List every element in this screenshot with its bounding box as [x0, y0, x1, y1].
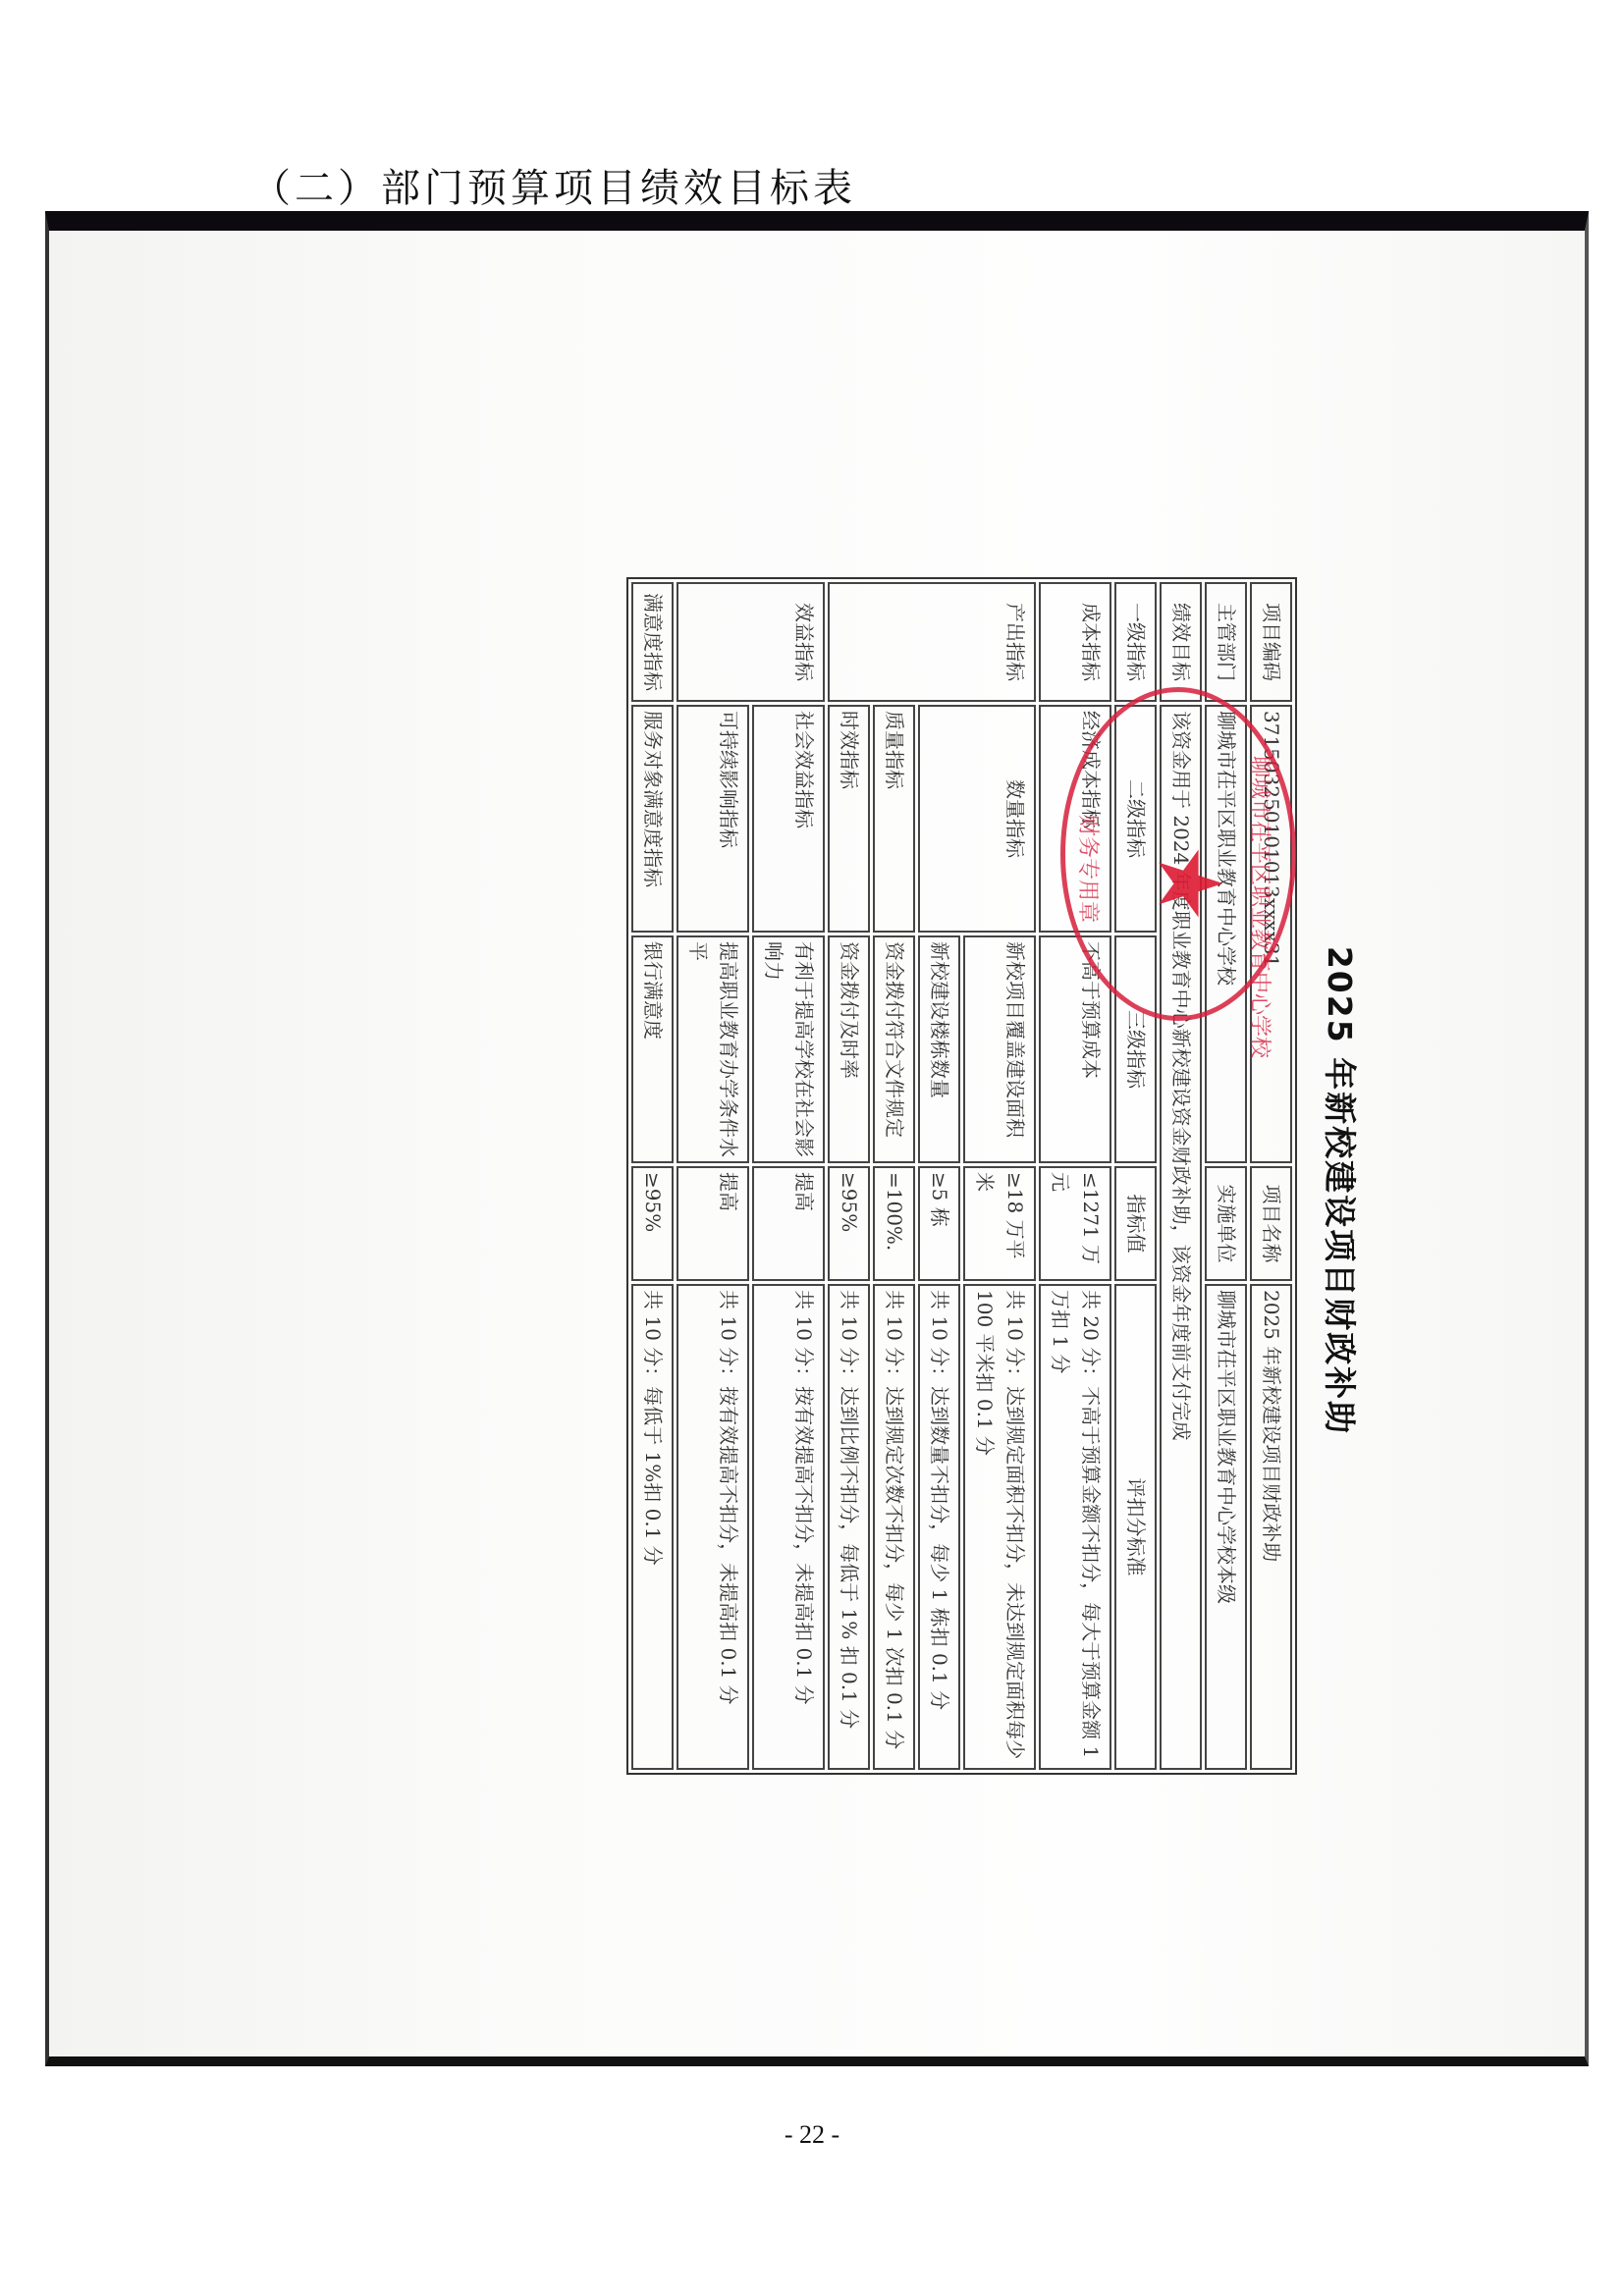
level1-indicator: 成本指标 — [1039, 582, 1111, 702]
table-row: 质量指标 资金拨付符合文件规定 =100%. 共 10 分：达到规定次数不扣分，… — [873, 582, 915, 1770]
scoring-criteria: 共 10 分：达到比例不扣分，每低于 1% 扣 0.1 分 — [828, 1284, 870, 1770]
scoring-criteria: 共 10 分：达到规定次数不扣分，每少 1 次扣 0.1 分 — [873, 1284, 915, 1770]
implementer: 聊城市茌平区职业教育中心学校本级 — [1205, 1284, 1247, 1770]
implementer-label: 实施单位 — [1205, 1166, 1247, 1281]
level3-indicator: 新校项目覆盖建设面积 — [963, 935, 1036, 1163]
level3-indicator: 提高职业教育办学条件水平 — [677, 935, 749, 1163]
document-title: 2025 年新校建设项目财政补助 — [1319, 577, 1365, 1804]
header-row: 一级指标 二级指标 三级指标 指标值 评扣分标准 — [1114, 582, 1157, 1770]
level1-indicator: 效益指标 — [677, 582, 825, 702]
indicator-value: ≥95% — [828, 1166, 870, 1281]
indicator-value: 提高 — [677, 1166, 749, 1281]
indicator-value: ≥95% — [631, 1166, 674, 1281]
scoring-criteria: 共 10 分：达到规定面积不扣分，未达到规定面积每少 100 平米扣 0.1 分 — [963, 1284, 1036, 1770]
table-row: 产出指标 数量指标 新校项目覆盖建设面积 ≥18 万平米 共 10 分：达到规定… — [963, 582, 1036, 1770]
table-row: 满意度指标 服务对象满意度指标 银行满意度 ≥95% 共 10 分：每低于 1%… — [631, 582, 674, 1770]
scoring-criteria: 共 20 分：不高于预算金额不扣分，每大于预算金额 1 万扣 1 分 — [1039, 1284, 1111, 1770]
level2-indicator: 时效指标 — [828, 705, 870, 933]
level3-indicator: 新校建设楼栋数量 — [918, 935, 960, 1163]
scoring-criteria: 共 10 分：按有效提高不扣分，未提高扣 0.1 分 — [677, 1284, 749, 1770]
column-header: 一级指标 — [1114, 582, 1157, 702]
seal-inner-text: 财务专用章 — [1074, 815, 1105, 923]
scoring-criteria: 共 10 分：按有效提高不扣分，未提高扣 0.1 分 — [752, 1284, 825, 1770]
level3-indicator: 资金拨付及时率 — [828, 935, 870, 1163]
seal-star-icon: ★ — [1144, 844, 1232, 924]
indicator-value: ≥18 万平米 — [963, 1166, 1036, 1281]
column-header: 评扣分标准 — [1114, 1284, 1157, 1770]
table-row: 成本指标 经济成本指标 不高于预算成本 ≤1271 万元 共 20 分：不高于预… — [1039, 582, 1111, 1770]
table-row: 主管部门 聊城市茌平区职业教育中心学校 实施单位 聊城市茌平区职业教育中心学校本… — [1205, 582, 1247, 1770]
level2-indicator: 服务对象满意度指标 — [631, 705, 674, 933]
department: 聊城市茌平区职业教育中心学校 — [1205, 705, 1247, 1163]
page-number: - 22 - — [0, 2120, 1624, 2150]
table-row: 时效指标 资金拨付及时率 ≥95% 共 10 分：达到比例不扣分，每低于 1% … — [828, 582, 870, 1770]
column-header: 指标值 — [1114, 1166, 1157, 1281]
level2-indicator: 质量指标 — [873, 705, 915, 933]
level3-indicator: 银行满意度 — [631, 935, 674, 1163]
column-header: 三级指标 — [1114, 935, 1157, 1163]
table-row: 可持续影响指标 提高职业教育办学条件水平 提高 共 10 分：按有效提高不扣分，… — [677, 582, 749, 1770]
indicator-value: ≥5 栋 — [918, 1166, 960, 1281]
indicator-value: ≤1271 万元 — [1039, 1166, 1111, 1281]
scoring-criteria: 共 10 分：每低于 1%扣 0.1 分 — [631, 1284, 674, 1770]
level1-indicator: 满意度指标 — [631, 582, 674, 702]
goal-label: 绩效目标 — [1160, 582, 1202, 702]
level2-indicator: 社会效益指标 — [752, 705, 825, 933]
seal-outer-text: 聊城市茌平区职业教育中心学校 — [1246, 756, 1276, 1058]
department-label: 主管部门 — [1205, 582, 1247, 702]
level3-indicator: 不高于预算成本 — [1039, 935, 1111, 1163]
indicator-value: =100%. — [873, 1166, 915, 1281]
level2-indicator: 数量指标 — [918, 705, 1036, 933]
table-row: 绩效目标 该资金用于 2024 年度职业教育中心新校建设资金财政补助，该资金年度… — [1160, 582, 1202, 1770]
performance-table: 项目编码 371503250101013xxxx31 项目名称 2025 年新校… — [626, 577, 1297, 1775]
indicator-value: 提高 — [752, 1166, 825, 1281]
level1-indicator: 产出指标 — [828, 582, 1036, 702]
project-code-label: 项目编码 — [1250, 582, 1292, 702]
table-row: 效益指标 社会效益指标 有利于提高学校在社会影响力 提高 共 10 分：按有效提… — [752, 582, 825, 1770]
level3-indicator: 有利于提高学校在社会影响力 — [752, 935, 825, 1163]
project-name-label: 项目名称 — [1250, 1166, 1292, 1281]
level2-indicator: 可持续影响指标 — [677, 705, 749, 933]
project-name: 2025 年新校建设项目财政补助 — [1250, 1284, 1292, 1770]
scoring-criteria: 共 10 分：达到数量不扣分，每少 1 栋扣 0.1 分 — [918, 1284, 960, 1770]
section-heading: （二）部门预算项目绩效目标表 — [251, 157, 856, 213]
level3-indicator: 资金拨付符合文件规定 — [873, 935, 915, 1163]
